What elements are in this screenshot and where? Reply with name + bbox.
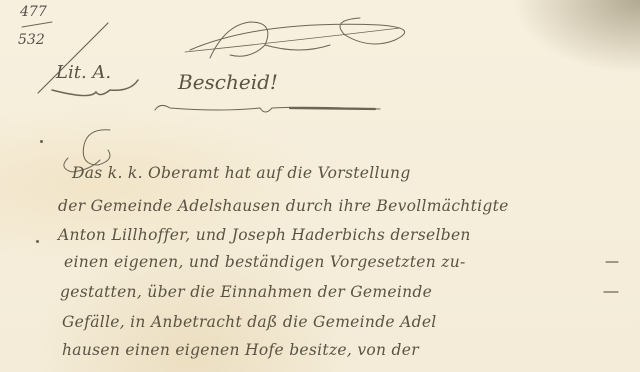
folio-number-2: 532 (18, 32, 45, 48)
text-line-5: gestatten, über die Einnahmen der Gemein… (60, 283, 432, 301)
text-line-3: Anton Lillhoffer, und Joseph Haderbichs … (58, 226, 471, 244)
text-line-6: Gefälle, in Anbetracht daß die Gemeinde … (62, 313, 437, 331)
text-line-1: Das k. k. Oberamt hat auf die Vorstellun… (72, 164, 411, 182)
marginal-label: Lit. A. (56, 62, 111, 83)
text-line-4: einen eigenen, und beständigen Vorgesetz… (64, 253, 466, 271)
margin-mark (40, 140, 43, 143)
folio-number-1: 477 (20, 4, 47, 20)
text-line-2: der Gemeinde Adelshausen durch ihre Bevo… (58, 197, 509, 215)
margin-mark (36, 240, 39, 243)
heading: Bescheid! (178, 70, 278, 94)
text-line-7: hausen einen eigenen Hofe besitze, von d… (62, 341, 419, 359)
